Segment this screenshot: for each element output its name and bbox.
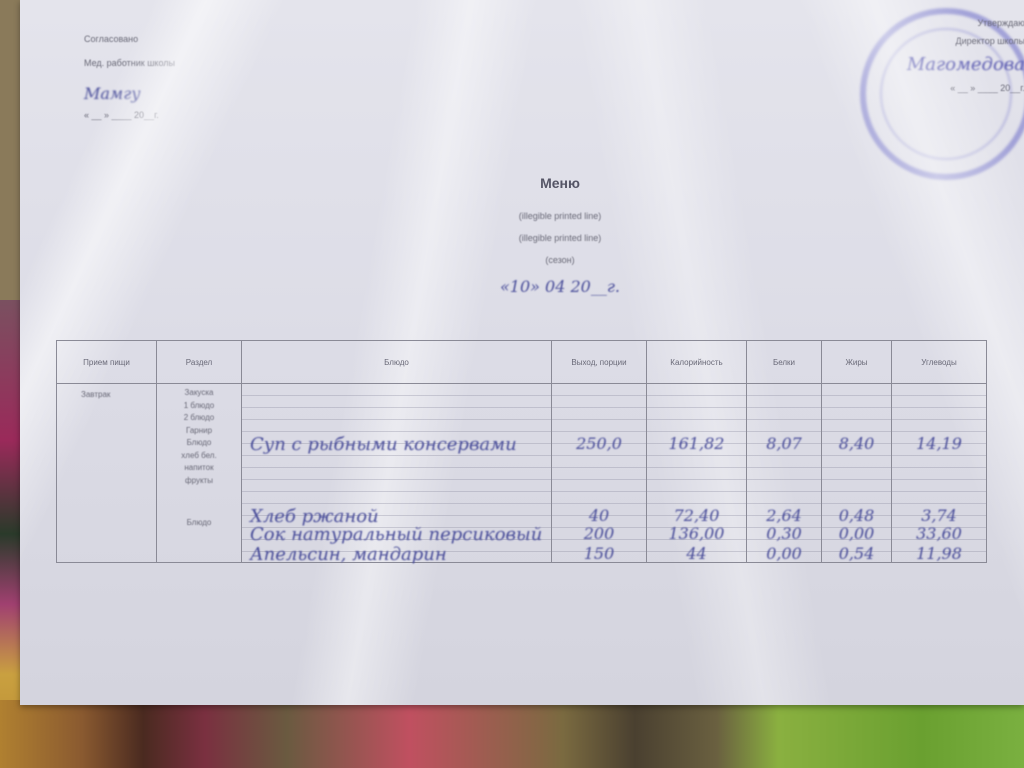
- section-label: 1 блюдо: [157, 401, 241, 414]
- approval-left-signature: Мамгу: [84, 84, 141, 103]
- fat-value: 0,00: [822, 524, 891, 543]
- approval-right-signature: Магомедова: [835, 54, 1024, 75]
- menu-date: «10» 04 20__г.: [360, 277, 760, 296]
- menu-subtitle-1: (illegible printed line): [360, 211, 760, 221]
- fat-value: 8,40: [822, 434, 891, 453]
- carbs-value: 3,74: [892, 506, 986, 525]
- section-label: 2 блюдо: [157, 413, 241, 426]
- approval-right-date: « __ » ____ 20__г.: [835, 83, 1024, 93]
- header-yield: Выход, порции: [552, 341, 647, 384]
- menu-table: Прием пищи Раздел Блюдо Выход, порции Ка…: [56, 340, 987, 563]
- background-poster-bottom: [0, 700, 1024, 768]
- approval-left-date: « __ » ____ 20__г.: [84, 110, 159, 120]
- section-label: хлеб бел.: [157, 451, 241, 464]
- menu-subtitle-2: (illegible printed line): [360, 233, 760, 243]
- section-label: Блюдо: [157, 438, 241, 451]
- header-meal: Прием пищи: [57, 341, 157, 384]
- table-row: Завтрак Закуска 1 блюдо 2 блюдо Гарнир Б…: [57, 384, 987, 563]
- calories-value: 72,40: [647, 506, 746, 525]
- carbs-value: 33,60: [892, 524, 986, 543]
- header-dish: Блюдо: [242, 341, 552, 384]
- calories-cell: 161,82 72,40 136,00 44: [647, 384, 747, 563]
- section-label: напиток: [157, 463, 241, 476]
- section-label: Блюдо: [157, 518, 241, 531]
- approval-block-left: Согласовано Мед. работник школы Мамгу « …: [84, 34, 175, 82]
- header-fat: Жиры: [822, 341, 892, 384]
- dish-cell: Суп с рыбными консервами Хлеб ржаной Сок…: [242, 384, 552, 563]
- approval-block-right: Утверждаю Директор школы Магомедова « __…: [835, 18, 1024, 101]
- calories-value: 161,82: [647, 434, 746, 453]
- protein-value: 0,30: [747, 524, 821, 543]
- approval-right-heading: Утверждаю: [835, 18, 1024, 28]
- header-carbs: Углеводы: [892, 341, 987, 384]
- section-label: Закуска: [157, 388, 241, 401]
- header-protein: Белки: [747, 341, 822, 384]
- approval-right-position: Директор школы: [835, 36, 1024, 46]
- header-section: Раздел: [157, 341, 242, 384]
- approval-left-heading: Согласовано: [84, 34, 175, 44]
- yield-value: 40: [552, 506, 646, 525]
- yield-value: 150: [552, 544, 646, 563]
- dish-name: Сок натуральный персиковый: [250, 524, 551, 545]
- protein-value: 2,64: [747, 506, 821, 525]
- carbs-cell: 14,19 3,74 33,60 11,98: [892, 384, 987, 563]
- fat-value: 0,54: [822, 544, 891, 563]
- protein-cell: 8,07 2,64 0,30 0,00: [747, 384, 822, 563]
- menu-title: Меню: [360, 175, 760, 191]
- carbs-value: 11,98: [892, 544, 986, 563]
- section-cell: Закуска 1 блюдо 2 блюдо Гарнир Блюдо хле…: [157, 384, 242, 563]
- fat-cell: 8,40 0,48 0,00 0,54: [822, 384, 892, 563]
- yield-cell: 250,0 40 200 150: [552, 384, 647, 563]
- dish-name: Суп с рыбными консервами: [250, 434, 551, 455]
- header-calories: Калорийность: [647, 341, 747, 384]
- yield-value: 250,0: [552, 434, 646, 453]
- section-label: Гарнир: [157, 426, 241, 439]
- approval-left-position: Мед. работник школы: [84, 58, 175, 68]
- meal-label: Завтрак: [81, 390, 110, 399]
- fat-value: 0,48: [822, 506, 891, 525]
- section-label: фрукты: [157, 476, 241, 489]
- yield-value: 200: [552, 524, 646, 543]
- meal-cell: Завтрак: [57, 384, 157, 563]
- calories-value: 136,00: [647, 524, 746, 543]
- menu-subtitle-3: (сезон): [360, 255, 760, 265]
- menu-title-block: Меню (illegible printed line) (illegible…: [360, 175, 760, 296]
- calories-value: 44: [647, 544, 746, 563]
- protein-value: 8,07: [747, 434, 821, 453]
- dish-name: Апельсин, мандарин: [250, 544, 551, 565]
- table-header-row: Прием пищи Раздел Блюдо Выход, порции Ка…: [57, 341, 987, 384]
- carbs-value: 14,19: [892, 434, 986, 453]
- protein-value: 0,00: [747, 544, 821, 563]
